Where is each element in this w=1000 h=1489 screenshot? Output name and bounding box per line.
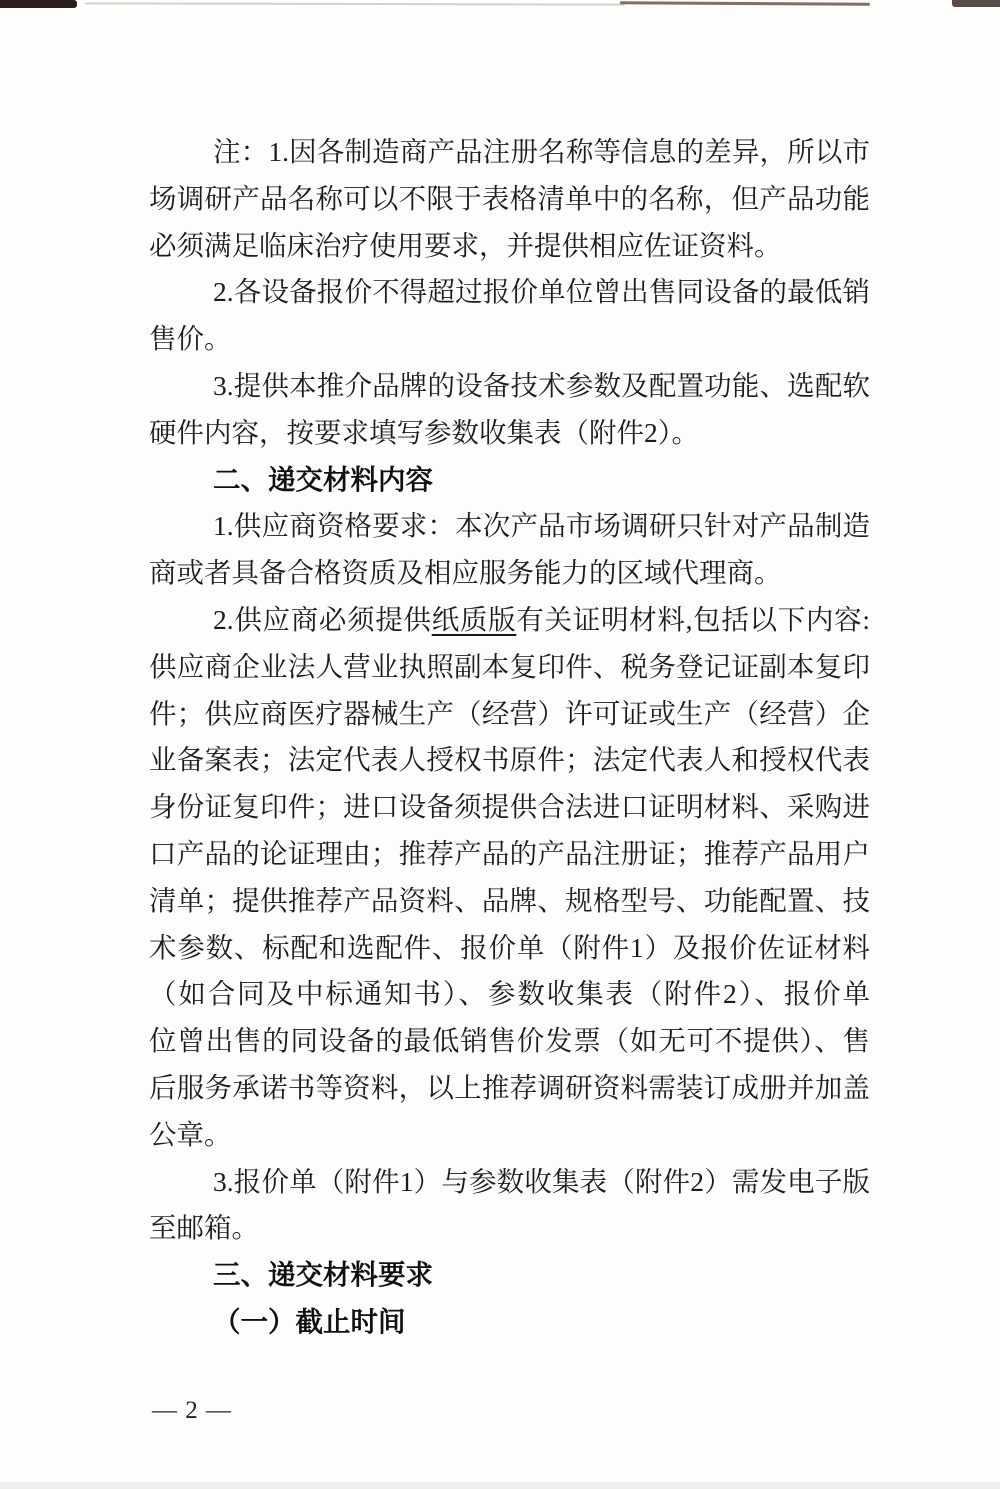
text-line: 后服务承诺书等资料，以上推荐调研资料需装订成册并加盖 xyxy=(149,1065,870,1112)
text-line: 清单；提供推荐产品资料、品牌、规格型号、功能配置、技 xyxy=(149,878,870,925)
page-number: — 2 — xyxy=(152,1396,232,1426)
text-line: 2.供应商必须提供纸质版有关证明材料,包括以下内容: xyxy=(149,597,870,644)
document-body: 注：1.因各制造商产品注册名称等信息的差异，所以市场调研产品名称可以不限于表格清… xyxy=(149,129,870,1346)
scan-artifact-bottom-edge xyxy=(0,1482,1000,1489)
scan-artifact-topleft-bar xyxy=(0,0,77,8)
text-line: 至邮箱。 xyxy=(149,1205,870,1252)
text-line: （如合同及中标通知书）、参数收集表（附件2）、报价单 xyxy=(149,971,870,1018)
text-line: 口产品的论证理由；推荐产品的产品注册证；推荐产品用户 xyxy=(149,831,870,878)
text-line: 件；供应商医疗器械生产（经营）许可证或生产（经营）企 xyxy=(149,691,870,738)
underlined-text: 纸质版 xyxy=(432,604,517,635)
text-line: 业备案表；法定代表人授权书原件；法定代表人和授权代表 xyxy=(149,737,870,784)
scan-artifact-topright-corner xyxy=(952,0,1000,7)
text-line: 3.提供本推介品牌的设备技术参数及配置功能、选配软 xyxy=(149,363,870,410)
text-line: 位曾出售的同设备的最低销售价发票（如无可不提供）、售 xyxy=(149,1018,870,1065)
section-heading: 二、递交材料内容 xyxy=(149,457,870,504)
text-line: 商或者具备合格资质及相应服务能力的区域代理商。 xyxy=(149,550,870,597)
text-line: 注：1.因各制造商产品注册名称等信息的差异，所以市 xyxy=(149,129,870,176)
document-page: 注：1.因各制造商产品注册名称等信息的差异，所以市场调研产品名称可以不限于表格清… xyxy=(0,0,1000,1489)
scan-artifact-top-line-right xyxy=(620,1,870,6)
text-line: 硬件内容，按要求填写参数收集表（附件2）。 xyxy=(149,410,870,457)
text-line: 必须满足临床治疗使用要求，并提供相应佐证资料。 xyxy=(149,223,870,270)
text-line: 场调研产品名称可以不限于表格清单中的名称，但产品功能 xyxy=(149,176,870,223)
section-heading: （一）截止时间 xyxy=(149,1299,870,1346)
section-heading: 三、递交材料要求 xyxy=(149,1252,870,1299)
text-line: 1.供应商资格要求：本次产品市场调研只针对产品制造 xyxy=(149,503,870,550)
text-line: 术参数、标配和选配件、报价单（附件1）及报价佐证材料 xyxy=(149,925,870,972)
text-line: 公章。 xyxy=(149,1112,870,1159)
text-line: 2.各设备报价不得超过报价单位曾出售同设备的最低销 xyxy=(149,269,870,316)
text-line: 3.报价单（附件1）与参数收集表（附件2）需发电子版 xyxy=(149,1159,870,1206)
text-line: 身份证复印件；进口设备须提供合法进口证明材料、采购进 xyxy=(149,784,870,831)
text-line: 供应商企业法人营业执照副本复印件、税务登记证副本复印 xyxy=(149,644,870,691)
scan-artifact-top-line xyxy=(85,2,625,5)
text-line: 售价。 xyxy=(149,316,870,363)
